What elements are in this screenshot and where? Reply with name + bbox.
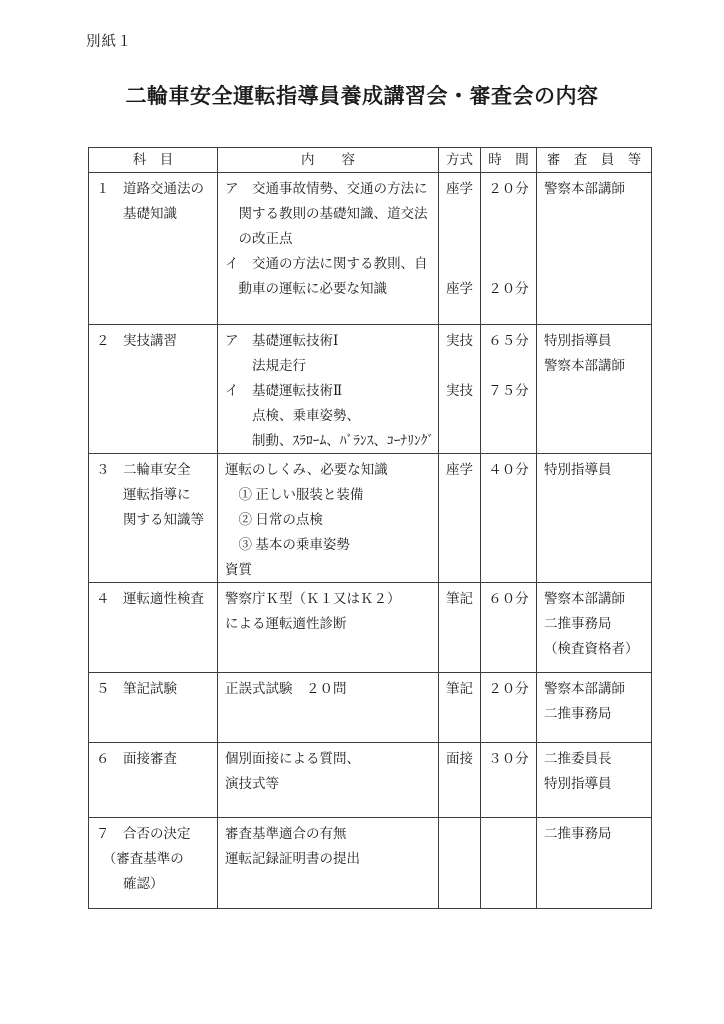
examiner-cell: 特別指導員: [537, 454, 652, 583]
examiner-cell: 特別指導員警察本部講師: [537, 325, 652, 454]
text-line: ６ 面接審査: [89, 746, 217, 771]
time-cell: ２０分２０分: [481, 173, 537, 325]
text-line: 個別面接による質問、: [218, 746, 438, 771]
text-line: ア 基礎運転技術Ⅰ: [218, 328, 438, 353]
text-line: 二推事務局: [537, 821, 651, 846]
text-line: 動車の運転に必要な知識: [218, 276, 438, 301]
table-row: ７ 合否の決定 （審査基準の 確認）審査基準適合の有無運転記録証明書の提出二推事…: [89, 818, 652, 909]
text-line: 点検、乗車姿勢、: [218, 403, 438, 428]
text-line: [481, 353, 536, 378]
time-cell: [481, 818, 537, 909]
text-line: による運転適性診断: [218, 611, 438, 636]
header-subject: 科 目: [89, 148, 218, 173]
table-body: １ 道路交通法の 基礎知識ア 交通事故情勢、交通の方法に 関する教則の基礎知識、…: [89, 173, 652, 909]
text-line: 特別指導員: [537, 771, 651, 796]
header-content: 内 容: [218, 148, 439, 173]
text-line: ３０分: [481, 746, 536, 771]
text-line: 実技: [439, 378, 480, 403]
page-title: 二輪車安全運転指導員養成講習会・審査会の内容: [0, 80, 724, 110]
course-table: 科 目 内 容 方式 時 間 審 査 員 等 １ 道路交通法の 基礎知識ア 交通…: [88, 147, 652, 909]
method-cell: 座学: [439, 454, 481, 583]
text-line: 正誤式試験 ２０問: [218, 676, 438, 701]
examiner-cell: 警察本部講師二推事務局（検査資格者）: [537, 583, 652, 673]
text-line: 二推事務局: [537, 611, 651, 636]
text-line: 関する知識等: [89, 507, 217, 532]
time-cell: ６０分: [481, 583, 537, 673]
text-line: 筆記: [439, 586, 480, 611]
text-line: 制動、ｽﾗﾛｰﾑ、ﾊﾞﾗﾝｽ、ｺｰﾅﾘﾝｸﾞ: [218, 428, 438, 453]
text-line: １ 道路交通法の: [89, 176, 217, 201]
text-line: 確認）: [89, 871, 217, 896]
table-row: ２ 実技講習ア 基礎運転技術Ⅰ 法規走行イ 基礎運転技術Ⅱ 点検、乗車姿勢、 制…: [89, 325, 652, 454]
method-cell: 座学座学: [439, 173, 481, 325]
text-line: 基礎知識: [89, 201, 217, 226]
text-line: ７５分: [481, 378, 536, 403]
document-page: 別紙１ 二輪車安全運転指導員養成講習会・審査会の内容 科 目 内 容 方式 時 …: [0, 0, 724, 1024]
table-row: ３ 二輪車安全 運転指導に 関する知識等運転のしくみ、必要な知識 ① 正しい服装…: [89, 454, 652, 583]
text-line: 運転のしくみ、必要な知識: [218, 457, 438, 482]
time-cell: ３０分: [481, 743, 537, 818]
table-row: ６ 面接審査個別面接による質問、演技式等面接３０分二推委員長特別指導員: [89, 743, 652, 818]
examiner-cell: 二推委員長特別指導員: [537, 743, 652, 818]
text-line: ２０分: [481, 276, 536, 301]
subject-cell: ６ 面接審査: [89, 743, 218, 818]
text-line: 面接: [439, 746, 480, 771]
text-line: [439, 821, 480, 846]
time-cell: ６５分７５分: [481, 325, 537, 454]
text-line: （審査基準の: [89, 846, 217, 871]
text-line: 実技: [439, 328, 480, 353]
subject-cell: ４ 運転適性検査: [89, 583, 218, 673]
text-line: ６０分: [481, 586, 536, 611]
subject-cell: ５ 筆記試験: [89, 673, 218, 743]
content-cell: ア 基礎運転技術Ⅰ 法規走行イ 基礎運転技術Ⅱ 点検、乗車姿勢、 制動、ｽﾗﾛｰ…: [218, 325, 439, 454]
text-line: 運転指導に: [89, 482, 217, 507]
text-line: [439, 226, 480, 251]
text-line: 警察本部講師: [537, 676, 651, 701]
content-cell: 正誤式試験 ２０問: [218, 673, 439, 743]
table-row: １ 道路交通法の 基礎知識ア 交通事故情勢、交通の方法に 関する教則の基礎知識、…: [89, 173, 652, 325]
text-line: 特別指導員: [537, 328, 651, 353]
text-line: 資質: [218, 557, 438, 582]
content-cell: 警察庁Ｋ型（Ｋ１又はＫ２）による運転適性診断: [218, 583, 439, 673]
text-line: 二推事務局: [537, 701, 651, 726]
text-line: [481, 251, 536, 276]
text-line: 審査基準適合の有無: [218, 821, 438, 846]
text-line: [439, 353, 480, 378]
text-line: イ 基礎運転技術Ⅱ: [218, 378, 438, 403]
text-line: 警察本部講師: [537, 586, 651, 611]
text-line: ア 交通事故情勢、交通の方法に: [218, 176, 438, 201]
content-cell: ア 交通事故情勢、交通の方法に 関する教則の基礎知識、道交法 の改正点イ 交通の…: [218, 173, 439, 325]
examiner-cell: 警察本部講師二推事務局: [537, 673, 652, 743]
table-header-row: 科 目 内 容 方式 時 間 審 査 員 等: [89, 148, 652, 173]
header-method: 方式: [439, 148, 481, 173]
method-cell: 面接: [439, 743, 481, 818]
subject-cell: ７ 合否の決定 （審査基準の 確認）: [89, 818, 218, 909]
text-line: 座学: [439, 176, 480, 201]
subject-cell: ２ 実技講習: [89, 325, 218, 454]
time-cell: ２０分: [481, 673, 537, 743]
examiner-cell: 警察本部講師: [537, 173, 652, 325]
header-examiner: 審 査 員 等: [537, 148, 652, 173]
table-row: ４ 運転適性検査警察庁Ｋ型（Ｋ１又はＫ２）による運転適性診断筆記６０分警察本部講…: [89, 583, 652, 673]
text-line: ２ 実技講習: [89, 328, 217, 353]
text-line: [481, 226, 536, 251]
text-line: 筆記: [439, 676, 480, 701]
text-line: [481, 201, 536, 226]
header-time: 時 間: [481, 148, 537, 173]
text-line: ５ 筆記試験: [89, 676, 217, 701]
text-line: 座学: [439, 457, 480, 482]
text-line: ① 正しい服装と装備: [218, 482, 438, 507]
examiner-cell: 二推事務局: [537, 818, 652, 909]
text-line: 警察本部講師: [537, 176, 651, 201]
text-line: の改正点: [218, 226, 438, 251]
content-cell: 運転のしくみ、必要な知識 ① 正しい服装と装備 ② 日常の点検 ③ 基本の乗車姿…: [218, 454, 439, 583]
text-line: 演技式等: [218, 771, 438, 796]
table-row: ５ 筆記試験正誤式試験 ２０問筆記２０分警察本部講師二推事務局: [89, 673, 652, 743]
subject-cell: １ 道路交通法の 基礎知識: [89, 173, 218, 325]
attachment-label: 別紙１: [86, 30, 133, 51]
text-line: ３ 二輪車安全: [89, 457, 217, 482]
text-line: （検査資格者）: [537, 636, 651, 661]
text-line: [439, 251, 480, 276]
subject-cell: ３ 二輪車安全 運転指導に 関する知識等: [89, 454, 218, 583]
text-line: ７ 合否の決定: [89, 821, 217, 846]
text-line: 座学: [439, 276, 480, 301]
text-line: イ 交通の方法に関する教則、自: [218, 251, 438, 276]
text-line: ４ 運転適性検査: [89, 586, 217, 611]
text-line: 運転記録証明書の提出: [218, 846, 438, 871]
text-line: 特別指導員: [537, 457, 651, 482]
text-line: [439, 201, 480, 226]
text-line: 警察本部講師: [537, 353, 651, 378]
text-line: 警察庁Ｋ型（Ｋ１又はＫ２）: [218, 586, 438, 611]
method-cell: 筆記: [439, 673, 481, 743]
time-cell: ４０分: [481, 454, 537, 583]
text-line: [481, 821, 536, 846]
method-cell: 実技実技: [439, 325, 481, 454]
text-line: ６５分: [481, 328, 536, 353]
method-cell: 筆記: [439, 583, 481, 673]
text-line: 二推委員長: [537, 746, 651, 771]
text-line: ③ 基本の乗車姿勢: [218, 532, 438, 557]
text-line: ２０分: [481, 176, 536, 201]
content-cell: 個別面接による質問、演技式等: [218, 743, 439, 818]
method-cell: [439, 818, 481, 909]
text-line: ２０分: [481, 676, 536, 701]
text-line: 関する教則の基礎知識、道交法: [218, 201, 438, 226]
text-line: ② 日常の点検: [218, 507, 438, 532]
text-line: ４０分: [481, 457, 536, 482]
text-line: 法規走行: [218, 353, 438, 378]
content-cell: 審査基準適合の有無運転記録証明書の提出: [218, 818, 439, 909]
